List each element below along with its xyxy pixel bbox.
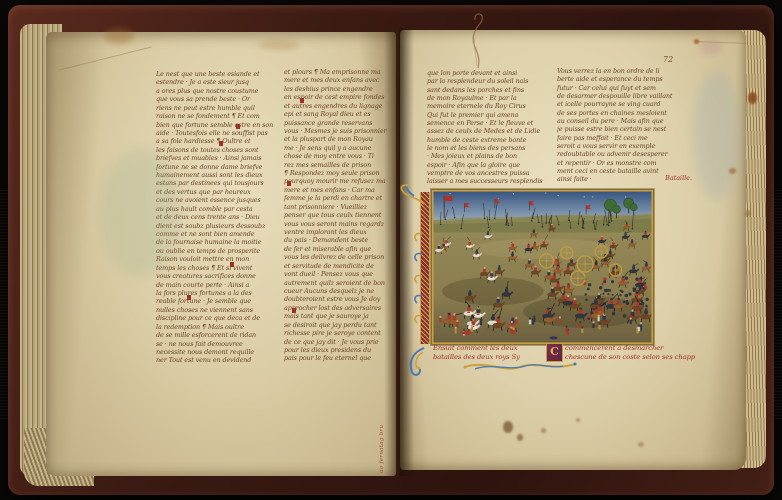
manuscript-text-line: epi et sang Royal dieu et es [284,110,399,118]
manuscript-text-line: estans par destinees qui tousjours [156,179,277,187]
manuscript-text-line: reable fortune · Je semble que [156,297,277,305]
manuscript-text-line: autrement quilz seroient de bon [284,279,399,287]
manuscript-text-line: assez de ceulx de Medes et de Lidie [427,127,552,135]
pen-flourish [448,12,488,70]
manuscript-text-line: chose de moy entre vous · Ti [284,152,399,160]
right-page-column-1: que lon porte devant et ainsipar la resp… [427,69,552,186]
manuscript-text-line: pourquoy mourir me refusez ma [284,177,399,185]
rubrication-mark [219,141,223,146]
illuminated-initial: C [546,343,563,362]
manuscript-text-line: vous · Mesmes je suis prisonnier [284,127,399,135]
manuscript-text-line: Qui fut le premier qui amena [427,111,552,119]
manuscript-text-line: futur · Car celui qui fuyt et sem [557,84,692,92]
manuscript-text-line: vemptre de vos ancestres puissa [427,169,552,177]
manuscript-text-line: dient est soubz plusieurs dessoubz [156,222,277,230]
manuscript-text-line: et des vertus que par heureux [156,188,277,196]
manuscript-text-line: nulles choses ne viennent sans [156,306,277,314]
manuscript-text-line: le nom et les biens des persans [427,144,552,152]
manuscript-text-line: je puisse estre bien certain se nest [557,125,692,133]
manuscript-text-line: les faisons de toutes choses sont [156,146,277,154]
manuscript-text-line: de mon Royaulme · Et par la [427,94,552,102]
manuscript-text-line: necessite nous demont requille [156,348,277,356]
manuscript-text-line: doubteroient estre vous Je doy [284,295,399,303]
manuscript-text-line: se · ne nous fait demouvree [156,340,277,348]
manuscript-text-line: Raison vouloit mettre en mon [156,255,277,263]
manuscript-text-line: temps les choses ¶ Et si vivent [156,264,277,272]
manuscript-text-line: estendre · Je a este sieur jusq [156,78,277,86]
manuscript-text-line: aide · Toutesfois elle ne souffist pas [156,129,277,137]
left-page-column-1: Le nest que une beste esiande etestendre… [156,70,277,365]
manuscript-text-line: par la resplendeur du soleil nais [427,77,552,85]
manuscript-text-line: · Mes joieux et plains de bon [427,152,552,160]
manuscript-text-line: et la pluspart de mon Royau [284,135,399,143]
manuscript-text-line: discipline pour ce que deca et de [156,314,277,322]
manuscript-text-line: puissance grande reservans [284,119,399,127]
manuscript-text-line: mere et mes enfans · Car ma [284,186,399,194]
manuscript-text-line: approcher lost des adversaires [284,304,399,312]
manuscript-text-line: semence en Perse · Et le fleuve et [427,119,552,127]
acanthus-flourishes [396,182,428,382]
manuscript-text-line: sant dedans les porches et fins [427,86,552,94]
gutter-inscription: uo fernatag bru [379,425,385,473]
manuscript-text-line: ventre implorant les dieux [284,228,399,236]
manuscript-text-line: ner Tout est venu en devidend [156,356,277,364]
manuscript-text-line: raison ne se fondement ¶ Et com [156,112,277,120]
manuscript-text-line: bien que fortune semble estre en son [156,121,277,129]
manuscript-text-line: humainement aussi sont les dieux [156,171,277,179]
rubrication-mark [287,181,291,186]
manuscript-text-line: a sa fole hardiesse ¶ Oultre et [156,137,277,145]
manuscript-text-line: vous creatures sacrifices donne [156,272,277,280]
ground-shadow [442,277,543,305]
manuscript-text-line: pais pour le feu eternel que [284,354,399,362]
manuscript-text-line: mere et mes deux enfans avec [284,76,399,84]
manuscript-text-line: penser que tous ceulx tiennent [284,211,399,219]
manuscript-text-line: ¶ Respondez moy seule prison [284,169,399,177]
left-page-column-2: et plours ¶ Ma emprisonne mamere et mes … [284,68,399,363]
rubrication-mark [230,262,234,267]
manuscript-text-line: vous vous seront mains regardz [284,220,399,228]
manuscript-text-line: de desarmer despouille libre vaillant [557,92,692,100]
manuscript-text-line: la redemption ¶ Mais oultre [156,323,277,331]
folio-number: 72 [663,55,673,64]
manuscript-photo: Le nest que une beste esiande etestendre… [0,0,782,500]
manuscript-text-line: riens ne peut estre humble quil [156,104,277,112]
manuscript-text-line: fortune ne se donne dame briefve [156,163,277,171]
manuscript-text-line: et repentir · Or es monstre com [557,159,692,167]
manuscript-text-line: humble de ceste extreme bonte [427,136,552,144]
manuscript-text-line: au plus hault comble par cesta [156,205,277,213]
manuscript-text-line: de la fournaise humaine la moitie [156,238,277,246]
manuscript-text-line: Ensuit comment les deux [433,344,545,353]
manuscript-text-line: a ores plus que nostre coustume [156,87,277,95]
manuscript-text-line: et servitude de mendicite de [284,262,399,270]
manuscript-text-line: la fors plures fortunes a la des [156,289,277,297]
manuscript-text-line: cueur Aucuns desquelz je ne [284,287,399,295]
manuscript-text-line: et autres engendres du lignage [284,102,399,110]
manuscript-text-line: pour les dieux presidens du [284,346,399,354]
manuscript-text-line: au conseil du pere · Mais afin que [557,117,692,125]
rubrication-mark [300,98,304,103]
manuscript-text-line: richesse pire je seroye content [284,329,399,337]
manuscript-text-line: me · Je sens quil y a aucune [284,144,399,152]
manuscript-text-line: cours ne avoient essence jusques [156,196,277,204]
manuscript-text-line: du pais · Demandent beste [284,236,399,244]
manuscript-text-line: que vous sa prende beste · Or [156,95,277,103]
manuscript-text-line: Le nest que une beste esiande et [156,70,277,78]
manuscript-text-line: espoir · Afin que la gloire que [427,161,552,169]
manuscript-text-line: se desiroit que jay perdu tant [284,321,399,329]
manuscript-text-line: redoubtable ou advenir desesperer [557,150,692,158]
rubrication-mark [292,308,296,313]
manuscript-text-line: faire pas meffait · Et ceci me [557,134,692,142]
manuscript-text-line: seroit a vous servir en exemple [557,142,692,150]
manuscript-text-line: femme je la perdi en chartre et [284,194,399,202]
bataille-catchword: Bataille. [645,174,692,182]
battle-miniature [431,189,654,345]
manuscript-text-line: et de deux cens trente ans · Dieu [156,213,277,221]
manuscript-text-line: commencerent a desmarcher [565,344,695,353]
manuscript-text-line: ou oublie en temps de prosperite [156,247,277,255]
manuscript-text-line: et icelle pourrayne se ving cuard [557,100,692,108]
manuscript-text-line: mais tant que je sauroye ja [284,312,399,320]
manuscript-text-line: tant prisonniere · Vueilliez [284,203,399,211]
manuscript-text-line: memoire eternele du Roy Cirus [427,102,552,110]
manuscript-text-line: Vous verrez la en bon ordre de li [557,67,692,75]
rubrication-mark [236,124,240,129]
manuscript-text-line: de main courte perte · Ainsi a [156,281,277,289]
manuscript-text-line: berte aide et esperance du temps [557,75,692,83]
manuscript-text-line: de se mille esforcerent de ridan [156,331,277,339]
manuscript-text-line: comme et ne sont bien amende [156,230,277,238]
manuscript-text-line: de fer et miserable afin que [284,245,399,253]
manuscript-text-line: rez mes semailles de prison [284,161,399,169]
manuscript-text-line: les deshius prince engendre [284,85,399,93]
manuscript-text-line: vont dueil · Pensez vous que [284,270,399,278]
rubrication-mark [187,295,191,300]
manuscript-text-line: de ses portes en chaines mesloient [557,109,692,117]
manuscript-text-line: et plours ¶ Ma emprisonne ma [284,68,399,76]
right-page-column-2: Vous verrez la en bon ordre de liberte a… [557,67,692,184]
rubric-flourish [455,358,585,376]
manuscript-text-line: briefves et muables · Ainsi jamais [156,154,277,162]
manuscript-text-line: que lon porte devant et ainsi [427,69,552,77]
manuscript-text-line: vous les delivrez de celle prison [284,253,399,261]
manuscript-text-line: laisser a mes successeurs resplendis [427,177,552,185]
manuscript-text-line: de ce que jay dit · Je vous prie [284,338,399,346]
